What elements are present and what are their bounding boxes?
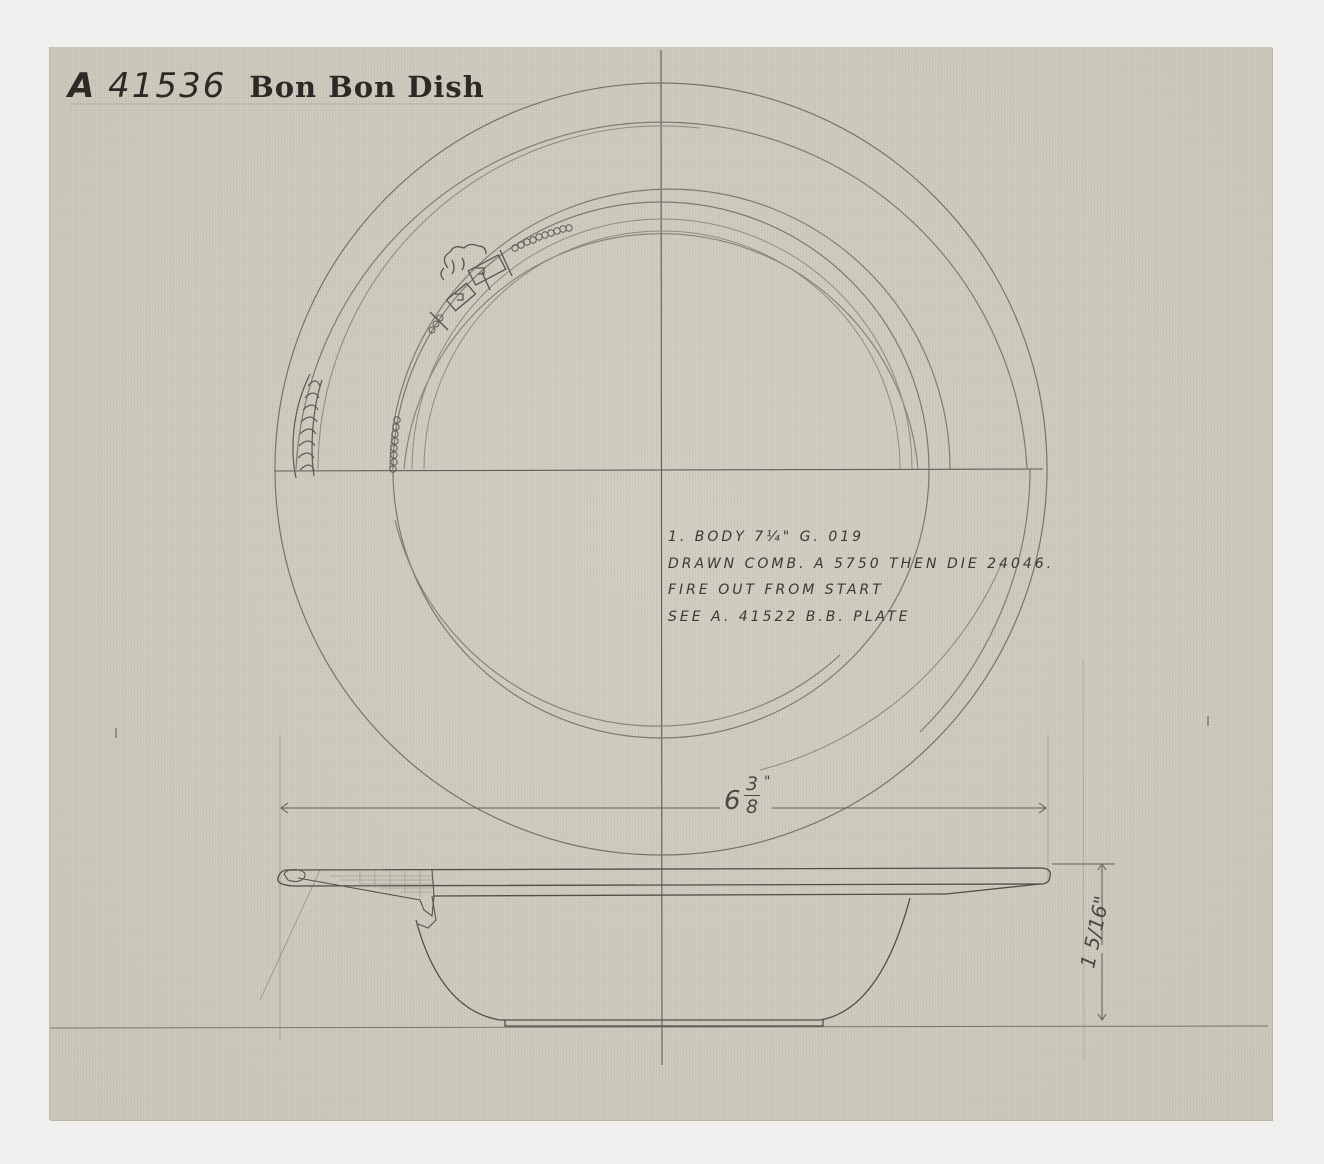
width-denominator: 8 [746,796,758,818]
drawing-number: 41536 [108,66,226,106]
width-fraction: 3 8 [744,774,760,817]
note-line: 1. BODY 7¼" G. 019 [668,524,1054,551]
item-name: Bon Bon Dish [249,70,485,104]
bowl-profile [416,898,910,1020]
specification-notes: 1. BODY 7¼" G. 019 DRAWN COMB. A 5750 TH… [668,524,1054,630]
outer-rim-arc-2 [318,126,700,469]
rim-section-left [284,870,434,917]
width-whole: 6 [724,786,741,816]
note-line: SEE A. 41522 B.B. PLATE [668,604,1054,631]
well-arc-4 [424,231,900,469]
width-dimension-label: 6 3 8 " [724,786,741,816]
side-elevation [278,868,1051,1026]
section-hatching [330,870,432,900]
foot-ring [505,1020,823,1026]
width-numerator: 3 [746,773,758,795]
bead-ornament-top [429,225,572,333]
width-dimension [280,735,1048,1040]
drawing-title: A 41536 Bon Bon Dish [68,66,485,106]
note-line: DRAWN COMB. A 5750 THEN DIE 24046. [668,551,1054,578]
note-line: FIRE OUT FROM START [668,577,1054,604]
technical-drawing [0,0,1324,1164]
width-unit: " [764,774,770,790]
title-prefix: A [68,66,95,106]
